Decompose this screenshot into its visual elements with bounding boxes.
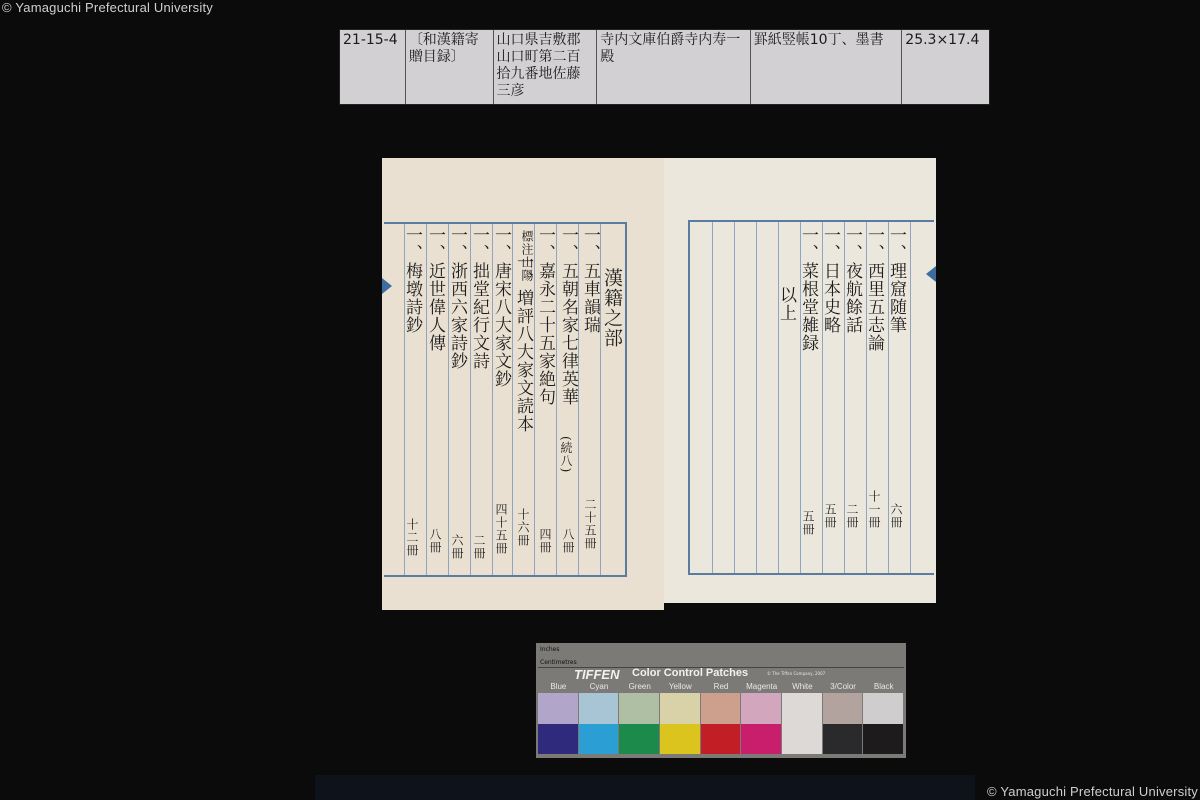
brand-logo: TIFFEN	[574, 667, 620, 682]
patch-solid	[579, 724, 619, 755]
patch-tint	[660, 693, 700, 724]
patch-label: White	[782, 682, 823, 691]
document-book: 漢籍之部 (続八) 一、五車韻瑞 二十五冊 一、五朝名家七律英華 八冊 一、嘉永…	[382, 158, 938, 610]
entry-title: 一、唐宋八大家文鈔	[491, 226, 511, 388]
patch-label: Blue	[538, 682, 579, 691]
entry-title: 一、五車韻瑞	[580, 226, 600, 334]
ruler: Inches Centimetres	[538, 645, 904, 668]
patch-label: Yellow	[660, 682, 701, 691]
record-title: 〔和漢籍寄贈目録〕	[406, 30, 494, 104]
patch-solid	[863, 724, 903, 755]
target-copyright: © The Tiffen Company, 2007	[767, 671, 825, 676]
ruler-cm-label: Centimetres	[540, 659, 577, 666]
color-patch-green	[619, 693, 659, 754]
background-strip	[315, 775, 975, 800]
ruler-inches-label: Inches	[540, 646, 560, 653]
patch-tint	[538, 693, 578, 724]
patch-label: Magenta	[741, 682, 782, 691]
patch-label: Black	[863, 682, 904, 691]
color-patch-magenta	[741, 693, 781, 754]
entry-title: 一、理窟随筆	[886, 226, 906, 334]
entry-title: 一、浙西六家詩鈔	[447, 226, 467, 370]
entry-count: 五冊	[823, 503, 837, 529]
patch-solid	[660, 724, 700, 755]
entry-count: 二十五冊	[583, 498, 597, 550]
record-recipient: 寺内文庫伯爵寺内寿一殿	[597, 30, 751, 104]
patch-solid	[741, 724, 781, 755]
left-note: (続八)	[559, 436, 573, 473]
color-patch-black	[863, 693, 903, 754]
left-page: 漢籍之部 (続八) 一、五車韻瑞 二十五冊 一、五朝名家七律英華 八冊 一、嘉永…	[382, 158, 664, 610]
entry-title: 一、西里五志論	[864, 226, 884, 352]
patch-label: Red	[701, 682, 742, 691]
entry-title: 一、菜根堂雑録	[798, 226, 818, 352]
patch-label: Cyan	[579, 682, 620, 691]
entry-title: 一、夜航餘話	[842, 226, 862, 334]
entry-count: 六冊	[450, 534, 464, 560]
entry-count: 六冊	[889, 503, 903, 529]
entry-title: 一、近世偉人傳	[425, 226, 445, 352]
patch-label: Green	[619, 682, 660, 691]
color-patch-3-color	[823, 693, 863, 754]
entry-title: 一、日本史略	[820, 226, 840, 334]
copyright-top: © Yamaguchi Prefectural University	[2, 0, 213, 15]
patch-tint	[741, 693, 781, 724]
closing-text: 以上	[776, 286, 796, 322]
entry-title: 一、梅墩詩鈔	[402, 226, 422, 334]
entry-count: 八冊	[561, 528, 575, 554]
record-size: 25.3×17.4	[902, 30, 989, 104]
target-title: Color Control Patches	[632, 667, 748, 679]
patch-tint	[701, 693, 741, 724]
entry-count: 二冊	[472, 534, 486, 560]
entry-title: 一、増評八大家文読本	[513, 253, 533, 433]
entry-count: 十二冊	[405, 518, 419, 557]
record-format: 罫紙竪帳10丁、墨書	[751, 30, 903, 104]
color-patch-white	[782, 693, 822, 754]
patch-solid	[782, 724, 822, 755]
entry-count: 二冊	[845, 503, 859, 529]
entry-title: 一、拙堂紀行文詩	[469, 226, 489, 370]
color-patch-yellow	[660, 693, 700, 754]
patch-tint	[863, 693, 903, 724]
patch-tint	[579, 693, 619, 724]
record-author: 山口県吉敷郡山口町第二百拾九番地佐藤三彦	[494, 30, 598, 104]
patch-solid	[619, 724, 659, 755]
patch-label: 3/Color	[823, 682, 864, 691]
color-calibration-target: Inches Centimetres TIFFEN Color Control …	[536, 643, 906, 758]
copyright-bottom: © Yamaguchi Prefectural University	[987, 784, 1198, 799]
entry-count: 四冊	[538, 528, 552, 554]
left-header: 漢籍之部	[601, 268, 623, 348]
record-id: 21-15-4	[340, 30, 406, 104]
color-patch-blue	[538, 693, 578, 754]
entry-count: 八冊	[428, 528, 442, 554]
entry-title: 一、五朝名家七律英華	[558, 226, 578, 406]
catalog-record-table: 21-15-4 〔和漢籍寄贈目録〕 山口県吉敷郡山口町第二百拾九番地佐藤三彦 寺…	[339, 29, 990, 105]
entry-title: 一、嘉永二十五家絶句	[535, 226, 555, 406]
entry-count: 四十五冊	[494, 503, 508, 555]
patch-solid	[538, 724, 578, 755]
patch-tint	[782, 693, 822, 724]
right-page: 一、理窟随筆 六冊 一、西里五志論 十一冊 一、夜航餘話 二冊 一、日本史略 五…	[664, 158, 936, 603]
patch-tint	[823, 693, 863, 724]
color-patch-red	[701, 693, 741, 754]
patch-tint	[619, 693, 659, 724]
color-patch-cyan	[579, 693, 619, 754]
patch-solid	[701, 724, 741, 755]
entry-count: 十一冊	[867, 490, 881, 529]
patch-solid	[823, 724, 863, 755]
entry-count: 十六冊	[516, 508, 530, 547]
patch-labels: Blue Cyan Green Yellow Red Magenta White…	[538, 682, 904, 691]
color-patches	[538, 693, 904, 754]
entry-count: 五冊	[801, 510, 815, 536]
